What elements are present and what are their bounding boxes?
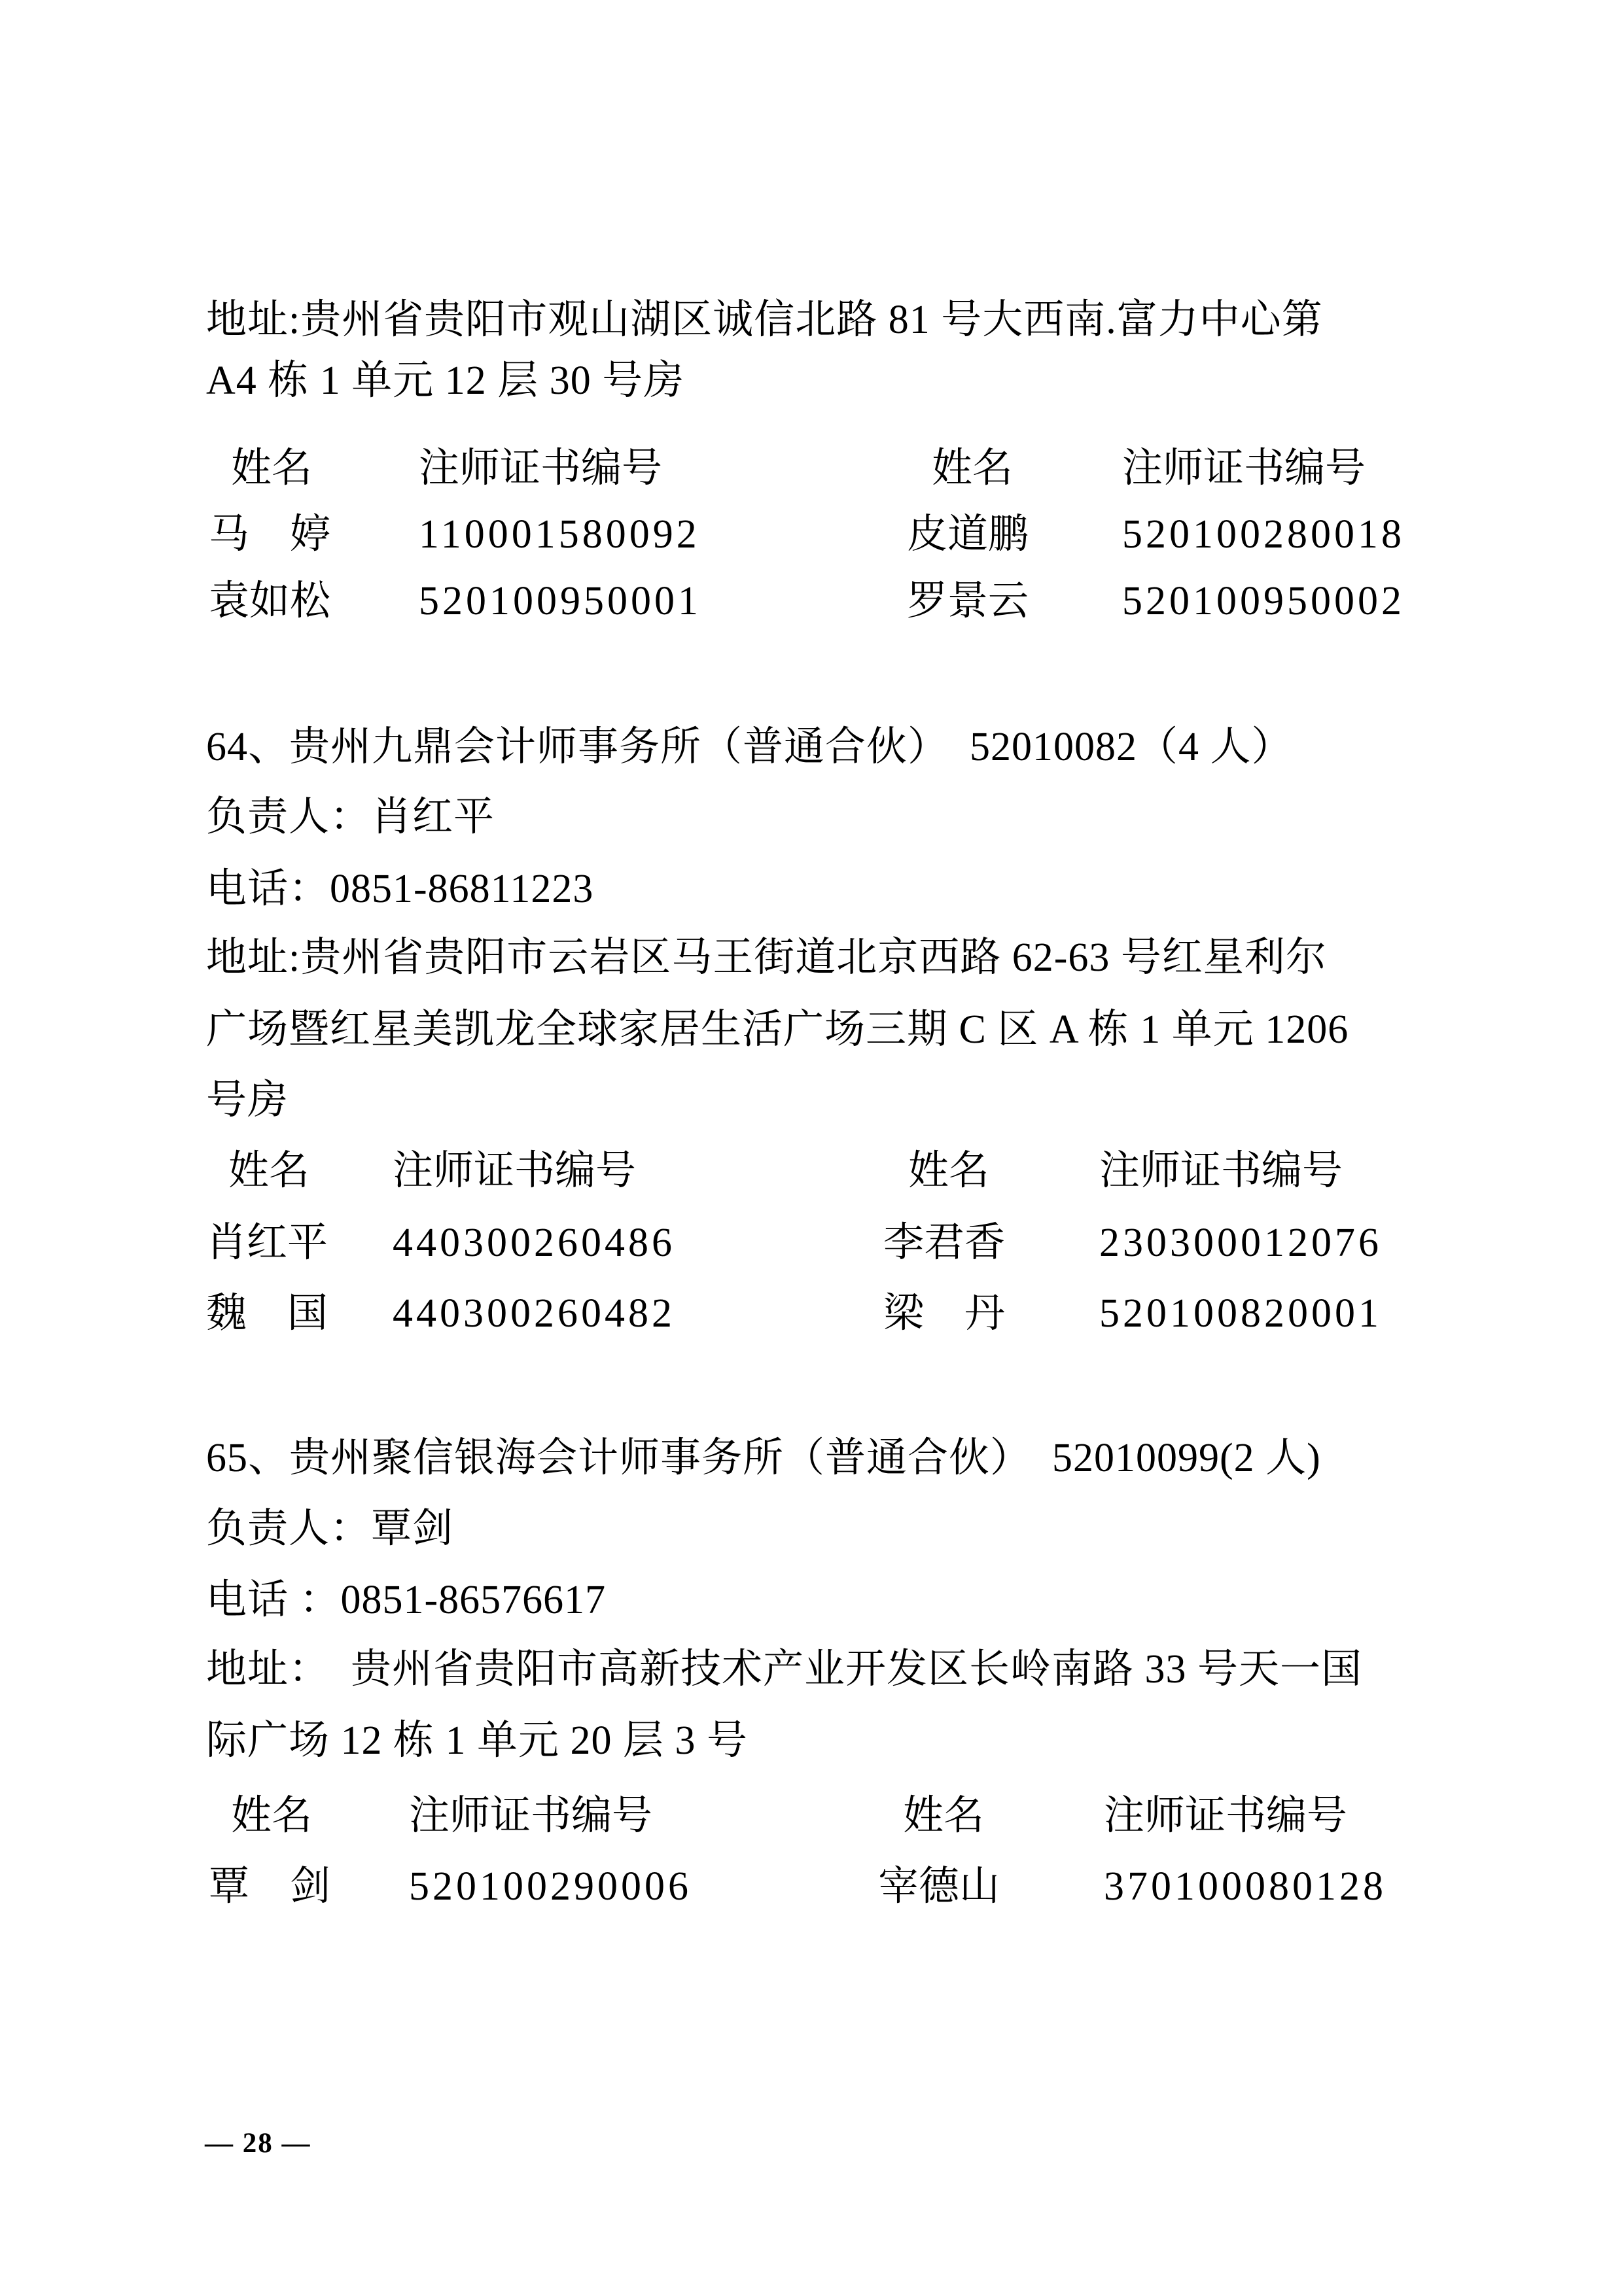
name-header: 姓名 [932, 446, 1013, 491]
page-number: — 28 — [205, 2127, 311, 2159]
cert-number: 440300260486 [393, 1221, 675, 1265]
roster-table-header: 姓名 注师证书编号 姓名 注师证书编号 [206, 446, 1436, 493]
cert-number: 230300012076 [1099, 1221, 1382, 1265]
phone-line: 电话：0851-86811223 [206, 867, 593, 911]
address-line: 地址:贵州省贵阳市观山湖区诚信北路 81 号大西南.富力中心第 [206, 298, 1323, 342]
cert-number: 370100080128 [1104, 1864, 1386, 1909]
principal-line: 负责人：肖红平 [206, 795, 495, 839]
firm-heading: 65、贵州聚信银海会计师事务所（普通合伙） 52010099(2 人) [206, 1436, 1321, 1480]
document-page: 地址:贵州省贵阳市观山湖区诚信北路 81 号大西南.富力中心第 A4 栋 1 单… [0, 0, 1624, 2296]
name-header: 姓名 [903, 1794, 984, 1838]
principal-line: 负责人：覃剑 [206, 1506, 453, 1551]
cert-header: 注师证书编号 [1104, 1794, 1347, 1838]
phone-line: 电话 ：0851-86576617 [206, 1578, 606, 1622]
name-header: 姓名 [228, 1149, 309, 1193]
roster-row: 马 婷 110001580092 皮道鹏 520100280018 [206, 512, 1436, 559]
member-name: 肖红平 [206, 1221, 328, 1265]
roster-table-header: 姓名 注师证书编号 姓名 注师证书编号 [206, 1794, 1436, 1841]
cert-header: 注师证书编号 [409, 1794, 652, 1838]
member-name: 袁如松 [209, 579, 330, 623]
roster-table-header: 姓名 注师证书编号 姓名 注师证书编号 [206, 1149, 1436, 1196]
member-name: 皮道鹏 [907, 512, 1029, 557]
cert-number: 440300260482 [393, 1291, 675, 1336]
roster-row: 肖红平 440300260486 李君香 230300012076 [206, 1221, 1436, 1268]
roster-row: 袁如松 520100950001 罗景云 520100950002 [206, 579, 1436, 626]
cert-header: 注师证书编号 [1099, 1149, 1343, 1193]
member-name: 梁 丹 [883, 1291, 1005, 1336]
name-header: 姓名 [908, 1149, 989, 1193]
member-name: 马 婷 [209, 512, 330, 557]
address-line: 广场暨红星美凯龙全球家居生活广场三期 C 区 A 栋 1 单元 1206 [206, 1007, 1349, 1052]
member-name: 覃 剑 [209, 1864, 330, 1909]
member-name: 魏 国 [206, 1291, 328, 1336]
cert-number: 520100950002 [1122, 579, 1405, 623]
name-header: 姓名 [231, 1794, 312, 1838]
address-line: 际广场 12 栋 1 单元 20 层 3 号 [206, 1718, 748, 1763]
cert-header: 注师证书编号 [419, 446, 662, 491]
name-header: 姓名 [231, 446, 312, 491]
member-name: 罗景云 [907, 579, 1029, 623]
address-line: A4 栋 1 单元 12 层 30 号房 [206, 358, 684, 403]
member-name: 李君香 [883, 1221, 1005, 1265]
roster-row: 魏 国 440300260482 梁 丹 520100820001 [206, 1291, 1436, 1338]
address-line: 地址： 贵州省贵阳市高新技术产业开发区长岭南路 33 号天一国 [206, 1647, 1362, 1692]
cert-header: 注师证书编号 [1122, 446, 1366, 491]
member-name: 宰德山 [878, 1864, 1000, 1909]
cert-number: 520100950001 [419, 579, 701, 623]
address-line: 地址:贵州省贵阳市云岩区马王街道北京西路 62-63 号红星利尔 [206, 935, 1327, 980]
cert-header: 注师证书编号 [393, 1149, 636, 1193]
cert-number: 520100280018 [1122, 512, 1405, 557]
address-line: 号房 [206, 1078, 289, 1122]
cert-number: 520100290006 [409, 1864, 692, 1909]
cert-number: 110001580092 [419, 512, 700, 557]
firm-heading: 64、贵州九鼎会计师事务所（普通合伙） 52010082（4 人） [206, 725, 1293, 769]
roster-row: 覃 剑 520100290006 宰德山 370100080128 [206, 1864, 1436, 1911]
cert-number: 520100820001 [1099, 1291, 1382, 1336]
